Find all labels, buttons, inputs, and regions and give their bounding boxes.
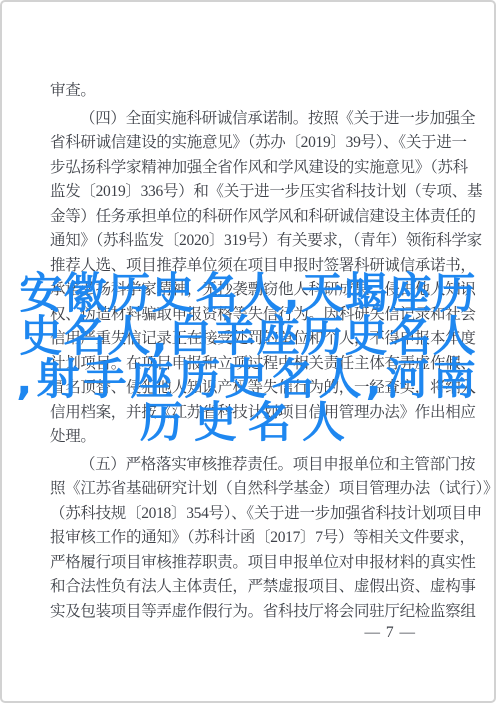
document-line: 照《江苏省基础研究计划（自然科学基金）项目管理办法（试行）》 <box>50 477 456 502</box>
document-line: 信用严重失信记录正在接受处罚的单位和个人，不得申报本年度 <box>50 327 456 352</box>
document-line: 冒名顶替、侵犯他人知识产权等失信行为的，一经查实，将纳入 <box>50 376 456 401</box>
document-line: 金等）任务承担单位的科研作风学风和科研诚信建设主体责任的 <box>50 205 456 230</box>
document-line: 严格履行项目审核推荐职责。项目申报单位对申报材料的真实性 <box>50 551 456 576</box>
document-line: 审查。 <box>50 79 456 104</box>
document-line: （五）严格落实审核推荐责任。项目申报单位和主管部门按 <box>50 453 456 478</box>
document-line: （苏科技规〔2018〕354号）、《关于进一步加强省科技计划项目申 <box>50 502 456 527</box>
document-line: 承诺弘扬科学家精神，无抄袭剽窃他人科研成果、侵占他人知识 <box>50 278 456 303</box>
document-line: 报审核工作的通知》（苏科计函〔2017〕7号）等相关文件要求， <box>50 526 456 551</box>
document-line: （四）全面实施科研诚信承诺制。按照《关于进一步加强全 <box>50 107 456 132</box>
document-line: 权、伪造材料骗取申报资格等失信行为。因科研失信记录和社会 <box>50 303 456 328</box>
document-line: 计划项目。在项目申报和立项过程中相关责任主体有弄虚作假、 <box>50 352 456 377</box>
document-page: 审查。（四）全面实施科研诚信承诺制。按照《关于进一步加强全省科研诚信建设的实施意… <box>0 0 496 703</box>
document-line: 处理。 <box>50 425 456 450</box>
document-line: 信用档案，并按《江苏省科技计划项目信用管理办法》作出相应 <box>50 401 456 426</box>
document-line: 通知》（苏科监发〔2020〕319号）有关要求，（青年）领衔科学家 <box>50 229 456 254</box>
document-line: 推荐人选、项目推荐单位须在项目申报时签署科研诚信承诺书， <box>50 254 456 279</box>
document-body: 审查。（四）全面实施科研诚信承诺制。按照《关于进一步加强全省科研诚信建设的实施意… <box>50 79 456 624</box>
document-line: 步弘扬科学家精神加强全省作风和学风建设的实施意见》（苏科 <box>50 156 456 181</box>
document-line: 省科研诚信建设的实施意见》（苏办〔2019〕39号）、《关于进一 <box>50 131 456 156</box>
document-line: 监发〔2019〕336号）和《关于进一步压实省科技计划（专项、基 <box>50 180 456 205</box>
page-number: — 7 — <box>365 624 417 642</box>
document-line: 实及包装项目等弄虚作假行为。省科技厅将会同驻厅纪检监察组 <box>50 600 456 625</box>
document-line: 和合法性负有法人主体责任，严禁虚报项目、虚假出资、虚构事 <box>50 575 456 600</box>
